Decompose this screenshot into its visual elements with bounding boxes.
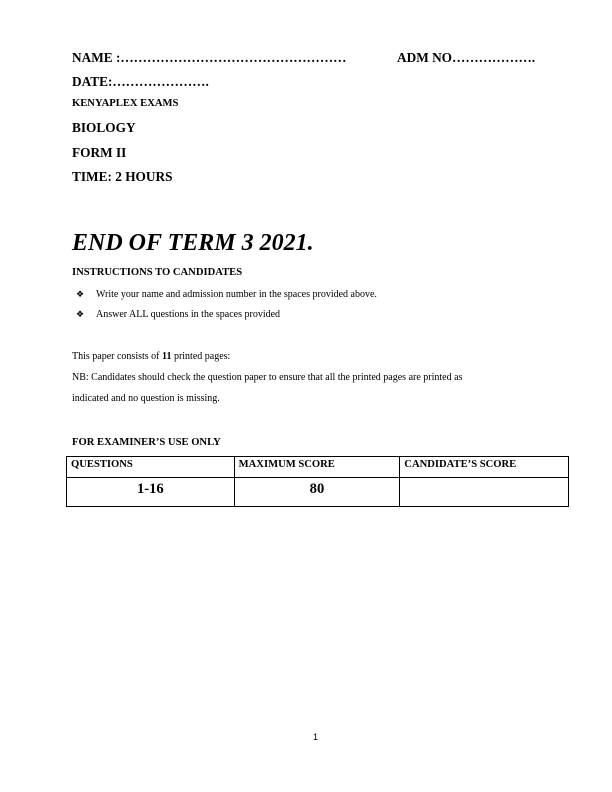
examiner-score-table: QUESTIONS MAXIMUM SCORE CANDIDATE’S SCOR…: [66, 456, 569, 507]
questions-range-cell: 1-16: [67, 478, 235, 507]
column-header-questions: QUESTIONS: [67, 457, 235, 478]
form-level: FORM II: [72, 145, 126, 161]
examiner-heading: FOR EXAMINER’S USE ONLY: [72, 437, 221, 448]
column-header-candidate-score: CANDIDATE’S SCORE: [400, 457, 569, 478]
pages-info: This paper consists of 11 printed pages:: [72, 351, 230, 362]
nb-note-line1: NB: Candidates should check the question…: [72, 372, 462, 383]
candidate-score-cell[interactable]: [400, 478, 569, 507]
page-number: 1: [313, 732, 318, 742]
diamond-bullet-icon: ❖: [76, 309, 96, 320]
exam-title: END OF TERM 3 2021.: [72, 230, 314, 257]
instructions-heading: INSTRUCTIONS TO CANDIDATES: [72, 267, 242, 278]
nb-note-line2: indicated and no question is missing.: [72, 393, 220, 404]
instruction-text: Answer ALL questions in the spaces provi…: [96, 309, 280, 320]
organization-name: KENYAPLEX EXAMS: [72, 98, 178, 109]
pages-suffix: printed pages:: [171, 351, 230, 362]
instruction-text: Write your name and admission number in …: [96, 289, 377, 300]
pages-prefix: This paper consists of: [72, 351, 162, 362]
date-field[interactable]: DATE:………………….: [72, 74, 209, 90]
column-header-maximum-score: MAXIMUM SCORE: [234, 457, 400, 478]
diamond-bullet-icon: ❖: [76, 289, 96, 300]
name-field[interactable]: NAME :……………………………………………: [72, 50, 346, 66]
subject-name: BIOLOGY: [72, 120, 136, 136]
table-row: 1-16 80: [67, 478, 569, 507]
adm-no-field[interactable]: ADM NO……………….: [397, 50, 535, 66]
instruction-item: ❖Write your name and admission number in…: [76, 289, 377, 300]
instruction-item: ❖Answer ALL questions in the spaces prov…: [76, 309, 280, 320]
table-header-row: QUESTIONS MAXIMUM SCORE CANDIDATE’S SCOR…: [67, 457, 569, 478]
maximum-score-cell: 80: [234, 478, 400, 507]
time-allowed: TIME: 2 HOURS: [72, 169, 172, 185]
